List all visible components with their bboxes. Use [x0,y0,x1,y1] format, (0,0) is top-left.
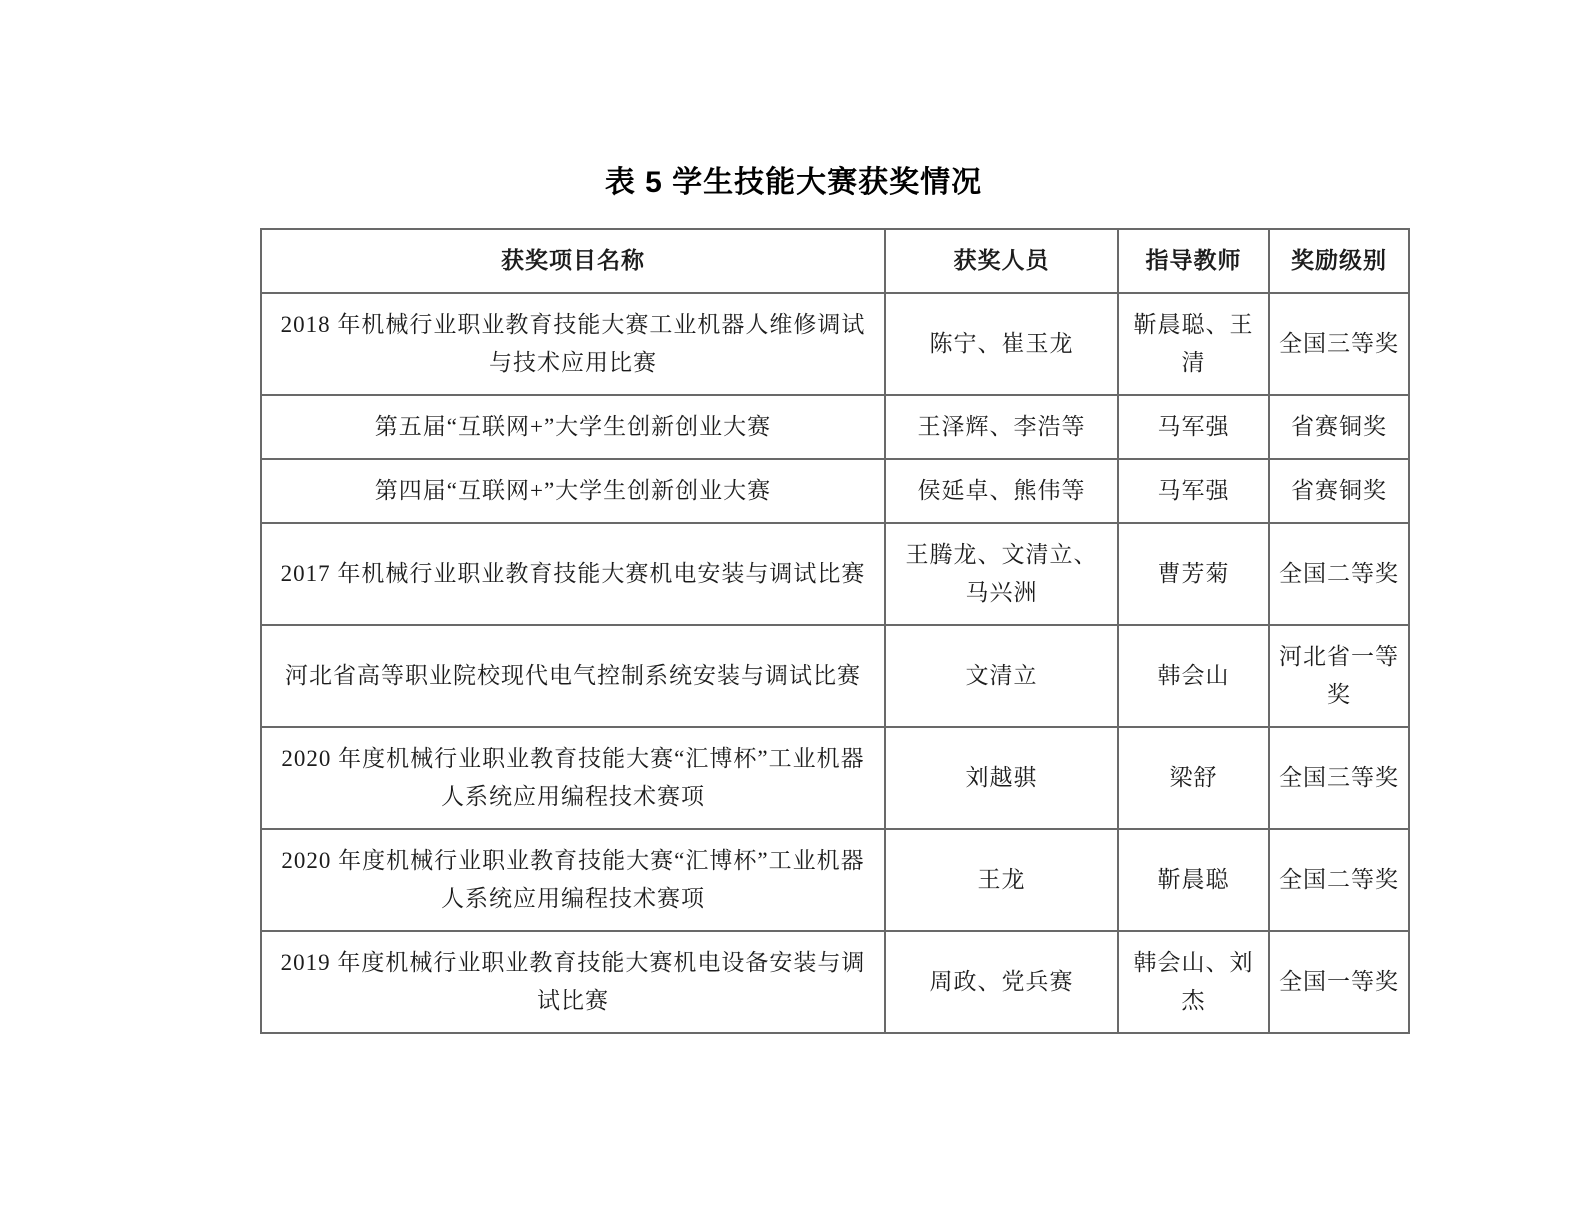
cell-project-name: 河北省高等职业院校现代电气控制系统安装与调试比赛 [261,625,885,727]
cell-award-level: 全国二等奖 [1269,523,1409,625]
table-row: 2019 年度机械行业职业教育技能大赛机电设备安装与调试比赛周政、党兵赛韩会山、… [261,931,1409,1033]
awards-table: 获奖项目名称 获奖人员 指导教师 奖励级别 2018 年机械行业职业教育技能大赛… [260,228,1410,1034]
cell-project-name: 2019 年度机械行业职业教育技能大赛机电设备安装与调试比赛 [261,931,885,1033]
header-advisors: 指导教师 [1118,229,1269,293]
cell-award-level: 河北省一等奖 [1269,625,1409,727]
table-row: 2018 年机械行业职业教育技能大赛工业机器人维修调试与技术应用比赛陈宁、崔玉龙… [261,293,1409,395]
cell-advisors: 梁舒 [1118,727,1269,829]
cell-awardees: 侯延卓、熊伟等 [885,459,1118,523]
awards-table-body: 2018 年机械行业职业教育技能大赛工业机器人维修调试与技术应用比赛陈宁、崔玉龙… [261,293,1409,1033]
table-row: 2020 年度机械行业职业教育技能大赛“汇博杯”工业机器人系统应用编程技术赛项刘… [261,727,1409,829]
cell-project-name: 2017 年机械行业职业教育技能大赛机电安装与调试比赛 [261,523,885,625]
cell-advisors: 靳晨聪、王清 [1118,293,1269,395]
cell-project-name: 2018 年机械行业职业教育技能大赛工业机器人维修调试与技术应用比赛 [261,293,885,395]
cell-award-level: 全国三等奖 [1269,293,1409,395]
cell-advisors: 靳晨聪 [1118,829,1269,931]
table-row: 第五届“互联网+”大学生创新创业大赛王泽辉、李浩等马军强省赛铜奖 [261,395,1409,459]
cell-awardees: 王泽辉、李浩等 [885,395,1118,459]
cell-award-level: 全国三等奖 [1269,727,1409,829]
document-page: 表 5 学生技能大赛获奖情况 获奖项目名称 获奖人员 指导教师 奖励级别 201… [0,0,1587,1223]
table-header-row: 获奖项目名称 获奖人员 指导教师 奖励级别 [261,229,1409,293]
table-row: 2017 年机械行业职业教育技能大赛机电安装与调试比赛王腾龙、文清立、马兴洲曹芳… [261,523,1409,625]
header-award-level: 奖励级别 [1269,229,1409,293]
table-row: 第四届“互联网+”大学生创新创业大赛侯延卓、熊伟等马军强省赛铜奖 [261,459,1409,523]
cell-advisors: 马军强 [1118,459,1269,523]
table-row: 2020 年度机械行业职业教育技能大赛“汇博杯”工业机器人系统应用编程技术赛项王… [261,829,1409,931]
cell-award-level: 省赛铜奖 [1269,395,1409,459]
cell-advisors: 马军强 [1118,395,1269,459]
cell-advisors: 曹芳菊 [1118,523,1269,625]
cell-awardees: 周政、党兵赛 [885,931,1118,1033]
cell-awardees: 王腾龙、文清立、马兴洲 [885,523,1118,625]
table-row: 河北省高等职业院校现代电气控制系统安装与调试比赛文清立韩会山河北省一等奖 [261,625,1409,727]
cell-award-level: 省赛铜奖 [1269,459,1409,523]
cell-award-level: 全国二等奖 [1269,829,1409,931]
header-project-name: 获奖项目名称 [261,229,885,293]
cell-project-name: 第五届“互联网+”大学生创新创业大赛 [261,395,885,459]
cell-awardees: 陈宁、崔玉龙 [885,293,1118,395]
header-awardees: 获奖人员 [885,229,1118,293]
cell-project-name: 2020 年度机械行业职业教育技能大赛“汇博杯”工业机器人系统应用编程技术赛项 [261,829,885,931]
cell-project-name: 第四届“互联网+”大学生创新创业大赛 [261,459,885,523]
cell-project-name: 2020 年度机械行业职业教育技能大赛“汇博杯”工业机器人系统应用编程技术赛项 [261,727,885,829]
cell-award-level: 全国一等奖 [1269,931,1409,1033]
cell-awardees: 文清立 [885,625,1118,727]
cell-awardees: 刘越骐 [885,727,1118,829]
table-caption: 表 5 学生技能大赛获奖情况 [0,163,1587,203]
cell-advisors: 韩会山、刘杰 [1118,931,1269,1033]
cell-advisors: 韩会山 [1118,625,1269,727]
cell-awardees: 王龙 [885,829,1118,931]
